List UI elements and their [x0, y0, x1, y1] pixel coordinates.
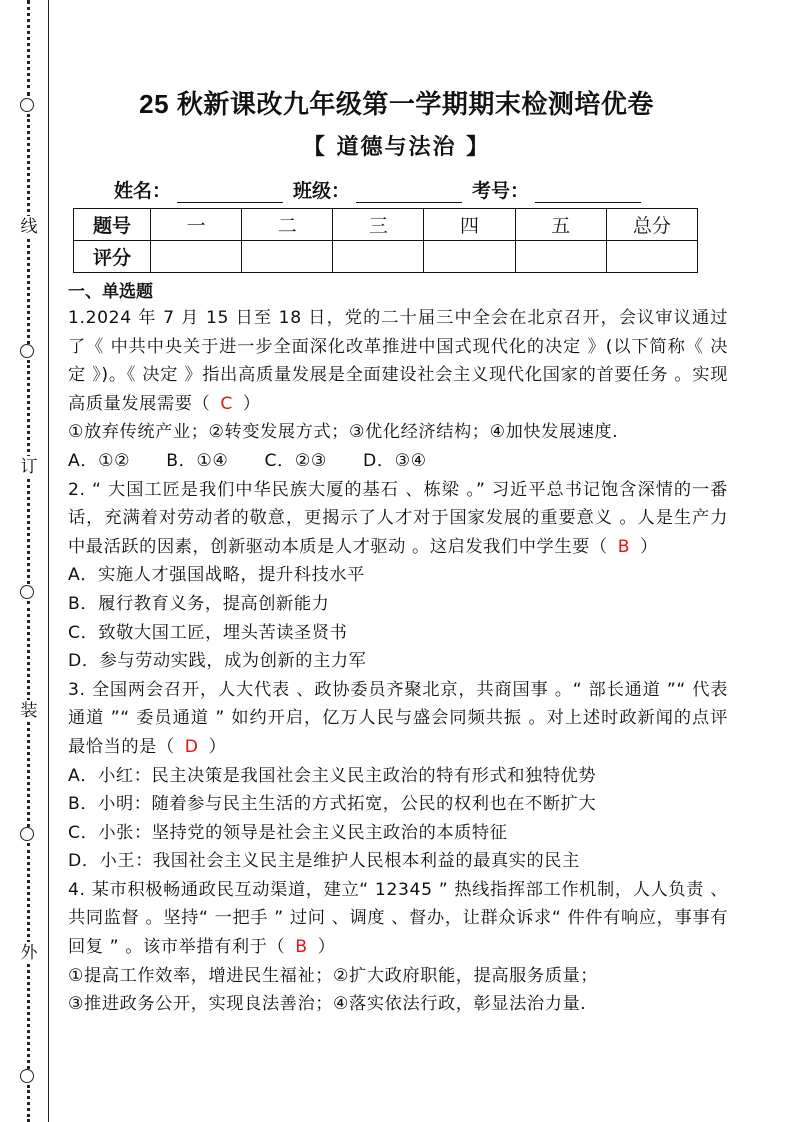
- binding-ring: [20, 827, 34, 841]
- option-c: C．小张：坚持党的领导是社会主义民主政治的本质特征: [68, 819, 728, 848]
- stem-close: ）: [640, 537, 658, 557]
- answer-mark: D: [175, 737, 209, 757]
- option-d: D．③④: [363, 451, 427, 471]
- score-cell[interactable]: [424, 241, 515, 273]
- section-title: 一、单选题: [68, 277, 153, 302]
- stem-text: 1.2024 年 7 月 15 日至 18 日，党的二十届三中全会在北京召开，会…: [68, 308, 728, 414]
- dotted-line: [27, 1085, 30, 1122]
- score-row-label: 评分: [74, 241, 151, 273]
- header-cell: 四: [424, 209, 515, 241]
- answer-mark: C: [210, 394, 243, 414]
- option-b: B．①④: [166, 451, 228, 471]
- option-d: D．参与劳动实践，成为创新的主力军: [68, 647, 728, 676]
- option-c: C．②③: [265, 451, 327, 471]
- exam-number-label: 考号：: [472, 176, 529, 203]
- score-cell[interactable]: [606, 241, 697, 273]
- score-table-header-row: 题号 一 二 三 四 五 总分: [74, 209, 698, 241]
- name-label: 姓名：: [114, 176, 171, 203]
- exam-title: 25 秋新课改九年级第一学期期末检测培优卷: [0, 84, 793, 121]
- stem-close: ）: [243, 394, 261, 414]
- question-4-statements-line-2: ③推进政务公开，实现良法善治；④落实依法行政，彰显法治力量.: [68, 990, 728, 1019]
- class-field[interactable]: [356, 182, 462, 203]
- header-cell: 总分: [606, 209, 697, 241]
- option-a: A．小红：民主决策是我国社会主义民主政治的特有形式和独特优势: [68, 762, 728, 791]
- option-d: D．小王：我国社会主义民主是维护人民根本利益的最真实的民主: [68, 847, 728, 876]
- header-cell: 五: [515, 209, 606, 241]
- option-b: B．履行教育义务，提高创新能力: [68, 590, 728, 619]
- student-info: 姓名： 班级： 考号：: [114, 176, 651, 203]
- stem-text: 4. 某市积极畅通政民互动渠道，建立“ 12345 ” 热线指挥部工作机制，人人…: [68, 880, 728, 957]
- option-a: A．实施人才强国战略，提升科技水平: [68, 561, 728, 590]
- header-cell: 一: [151, 209, 242, 241]
- binding-char-zhuang: 装: [18, 700, 40, 722]
- header-cell: 二: [242, 209, 333, 241]
- score-cell[interactable]: [333, 241, 424, 273]
- binding-char-xian: 线: [18, 216, 40, 238]
- subject-title: 【 道德与法治 】: [0, 130, 793, 161]
- question-4-statements-line-1: ①提高工作效率，增进民生福祉；②扩大政府职能，提高服务质量；: [68, 962, 728, 991]
- header-cell: 题号: [74, 209, 151, 241]
- question-1-options: A．①② B．①④ C．②③ D．③④: [68, 447, 728, 476]
- option-c: C．致敬大国工匠，埋头苦读圣贤书: [68, 619, 728, 648]
- score-table-score-row: 评分: [74, 241, 698, 273]
- option-a: A．①②: [68, 451, 130, 471]
- exam-number-field[interactable]: [535, 182, 641, 203]
- stem-close: ）: [318, 937, 336, 957]
- dotted-line: [27, 0, 30, 96]
- binding-ring: [20, 344, 34, 358]
- score-cell[interactable]: [151, 241, 242, 273]
- question-4-stem: 4. 某市积极畅通政民互动渠道，建立“ 12345 ” 热线指挥部工作机制，人人…: [68, 876, 728, 962]
- answer-mark: B: [608, 537, 640, 557]
- question-list: 1.2024 年 7 月 15 日至 18 日，党的二十届三中全会在北京召开，会…: [68, 304, 728, 1019]
- stem-text: 3. 全国两会召开，人大代表 、政协委员齐聚北京，共商国事 。“ 部长通道 ”“…: [68, 680, 728, 757]
- question-2-stem: 2. “ 大国工匠是我们中华民族大厦的基石 、栋梁 。” 习近平总书记饱含深情的…: [68, 476, 728, 562]
- binding-char-ding: 订: [18, 456, 40, 478]
- binding-margin-line: [48, 0, 49, 1122]
- binding-ring: [20, 1069, 34, 1083]
- score-cell[interactable]: [515, 241, 606, 273]
- stem-close: ）: [209, 737, 227, 757]
- score-table: 题号 一 二 三 四 五 总分 评分: [73, 208, 698, 273]
- answer-mark: B: [285, 937, 317, 957]
- name-field[interactable]: [177, 182, 283, 203]
- score-cell[interactable]: [242, 241, 333, 273]
- binding-char-wai: 外: [18, 942, 40, 964]
- question-3-stem: 3. 全国两会召开，人大代表 、政协委员齐聚北京，共商国事 。“ 部长通道 ”“…: [68, 676, 728, 762]
- header-cell: 三: [333, 209, 424, 241]
- question-1-statements: ①放弃传统产业；②转变发展方式；③优化经济结构；④加快发展速度.: [68, 418, 728, 447]
- class-label: 班级：: [293, 176, 350, 203]
- option-b: B．小明：随着参与民主生活的方式拓宽，公民的权利也在不断扩大: [68, 790, 728, 819]
- binding-ring: [20, 585, 34, 599]
- question-1-stem: 1.2024 年 7 月 15 日至 18 日，党的二十届三中全会在北京召开，会…: [68, 304, 728, 418]
